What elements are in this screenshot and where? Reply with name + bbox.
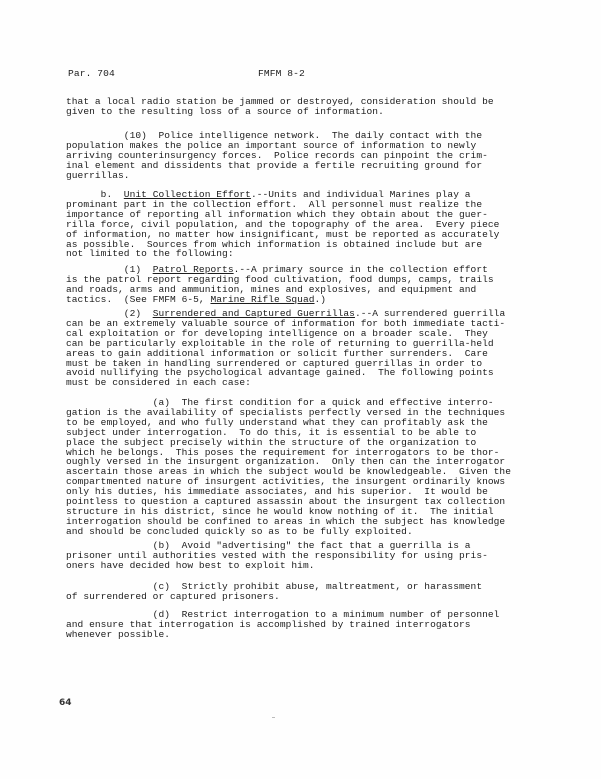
text-segment: given to the resulting loss of a source … [66, 106, 384, 117]
page-number: 64 [59, 698, 72, 708]
text-segment: whenever possible. [66, 629, 170, 640]
text-line: whenever possible. [66, 630, 170, 640]
document-page: Par. 704 FMFM 8-2 that a local radio sta… [0, 0, 601, 779]
text-segment: .) [315, 294, 327, 305]
scan-artifact [272, 717, 275, 718]
text-segment: must be considered in each case: [66, 377, 251, 388]
text-segment: not limited to the following: [66, 248, 234, 259]
text-segment: oners have decided how best to exploit h… [66, 560, 315, 571]
text-line: oners have decided how best to exploit h… [66, 561, 315, 571]
text-segment: and should be concluded quickly so as to… [66, 526, 413, 537]
manual-identifier: FMFM 8-2 [258, 68, 305, 79]
text-line: tactics. (See FMFM 6-5, Marine Rifle Squ… [66, 295, 326, 305]
text-line: must be considered in each case: [66, 378, 251, 388]
text-line: and should be concluded quickly so as to… [66, 527, 413, 537]
paragraph-reference: Par. 704 [68, 68, 115, 79]
text-line: of surrendered or captured prisoners. [66, 592, 280, 602]
text-segment: guerrillas. [66, 170, 130, 181]
text-segment: of surrendered or captured prisoners. [66, 591, 280, 602]
text-line: given to the resulting loss of a source … [66, 107, 384, 117]
underlined-title: Marine Rifle Squad [210, 294, 314, 305]
text-line: guerrillas. [66, 171, 130, 181]
text-segment: tactics. (See FMFM 6-5, [66, 294, 210, 305]
text-line: not limited to the following: [66, 249, 234, 259]
